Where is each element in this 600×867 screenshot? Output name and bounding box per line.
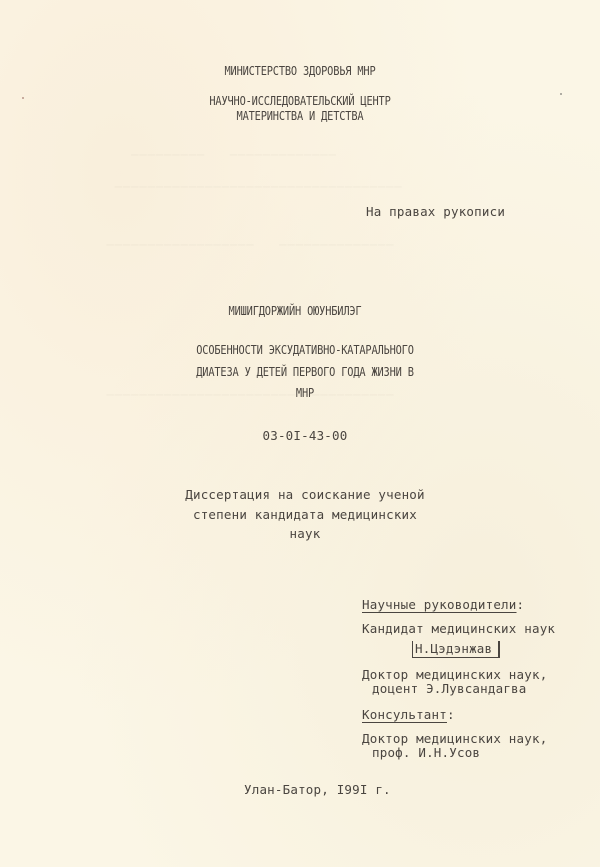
author-name: МИШИГДОРЖИЙН ОЮУНБИЛЭГ	[33, 304, 558, 318]
place-and-date: Улан-Батор, I99I г.	[244, 782, 391, 797]
specialty-code: 03-0I-43-00	[10, 428, 600, 443]
supervisors-heading: Научные руководители:	[362, 597, 524, 612]
ministry-heading: МИНИСТЕРСТВО ЗДОРОВЬЯ МНР	[42, 64, 558, 78]
supervisor2-degree: Доктор медицинских наук,	[362, 667, 547, 682]
supervisors-heading-text: Научные руководители	[362, 597, 517, 612]
manuscript-rights-note: На правах рукописи	[366, 204, 505, 219]
supervisor1-name-box: Н.Цэдэнжав	[412, 641, 500, 656]
consultant-heading-text: Консультант	[362, 707, 447, 722]
degree-statement-line2: степени кандидата медицинских	[10, 507, 600, 522]
document-page: ───────── ───────────── ────────────────…	[0, 0, 600, 867]
consultant-heading: Консультант:	[362, 707, 455, 722]
supervisor1-degree: Кандидат медицинских наук	[362, 621, 555, 636]
show-through-text: ────────────────── ──────────────	[90, 238, 540, 252]
show-through-text: ───────────────────────────────────	[90, 180, 540, 194]
consultant-degree: Доктор медицинских наук,	[362, 731, 547, 746]
degree-statement-line3: наук	[10, 526, 600, 541]
supervisor1-name: Н.Цэдэнжав	[412, 641, 500, 658]
show-through-text: ───────── ─────────────	[90, 148, 540, 162]
institute-heading-line2: МАТЕРИНСТВА И ДЕТСТВА	[42, 109, 558, 123]
paper-speck	[22, 97, 24, 99]
supervisor2-name: доцент Э.Лувсандагва	[372, 681, 527, 696]
degree-statement-line1: Диссертация на соискание ученой	[10, 487, 600, 502]
institute-heading-line1: НАУЧНО-ИССЛЕДОВАТЕЛЬСКИЙ ЦЕНТР	[42, 94, 558, 108]
thesis-title-line3: МНР	[51, 386, 558, 400]
thesis-title-line2: ДИАТЕЗА У ДЕТЕЙ ПЕРВОГО ГОДА ЖИЗНИ В	[51, 365, 558, 379]
consultant-name: проф. И.Н.Усов	[372, 745, 480, 760]
thesis-title-line1: ОСОБЕННОСТИ ЭКСУДАТИВНО-КАТАРАЛЬНОГО	[51, 343, 558, 357]
paper-speck	[560, 93, 562, 95]
